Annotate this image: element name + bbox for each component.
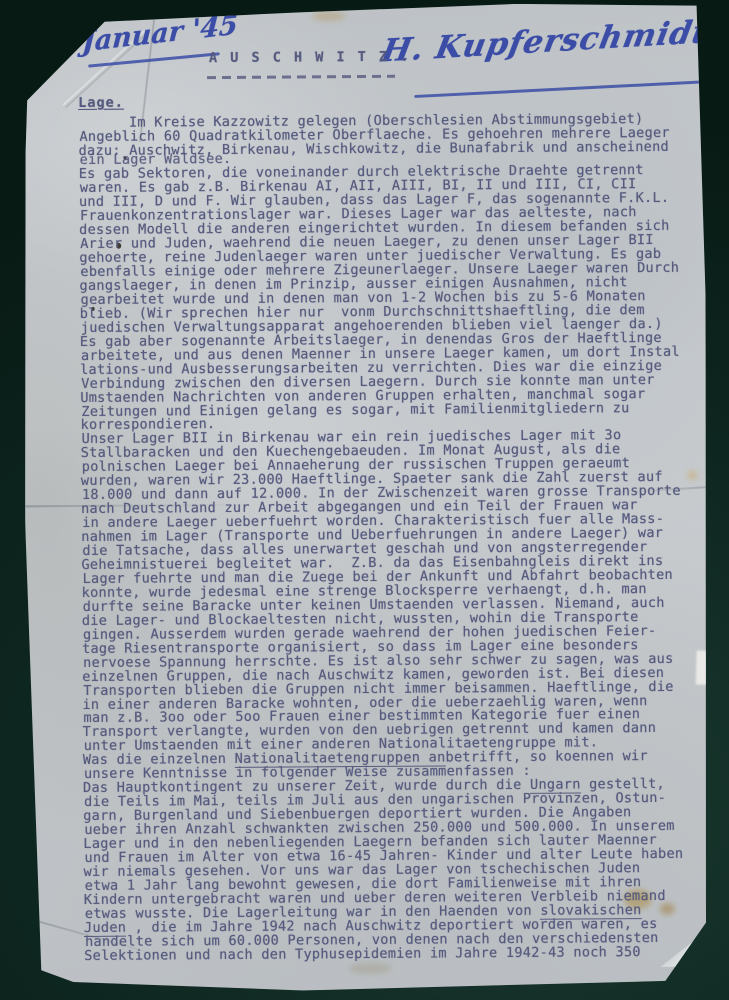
stain [312, 11, 346, 21]
document-title-underline [207, 75, 395, 79]
document-page: Januar '45 H. Kupferschmidt A U S C H W … [20, 3, 711, 996]
handwritten-signature: H. Kupferschmidt [379, 14, 711, 70]
handwritten-signature-underline [414, 80, 706, 98]
photo-background: { "document": { "annotations": { "date":… [0, 0, 729, 1000]
stain [348, 963, 392, 974]
document-title: A U S C H W I T Z . [209, 49, 411, 66]
section-heading: Lage. [78, 95, 124, 111]
typed-body: Im Kreise Kazzowitz gelegen (Oberschlesi… [78, 113, 700, 964]
typed-line: Selektionen und nach den Typhusepidemien… [84, 945, 700, 963]
